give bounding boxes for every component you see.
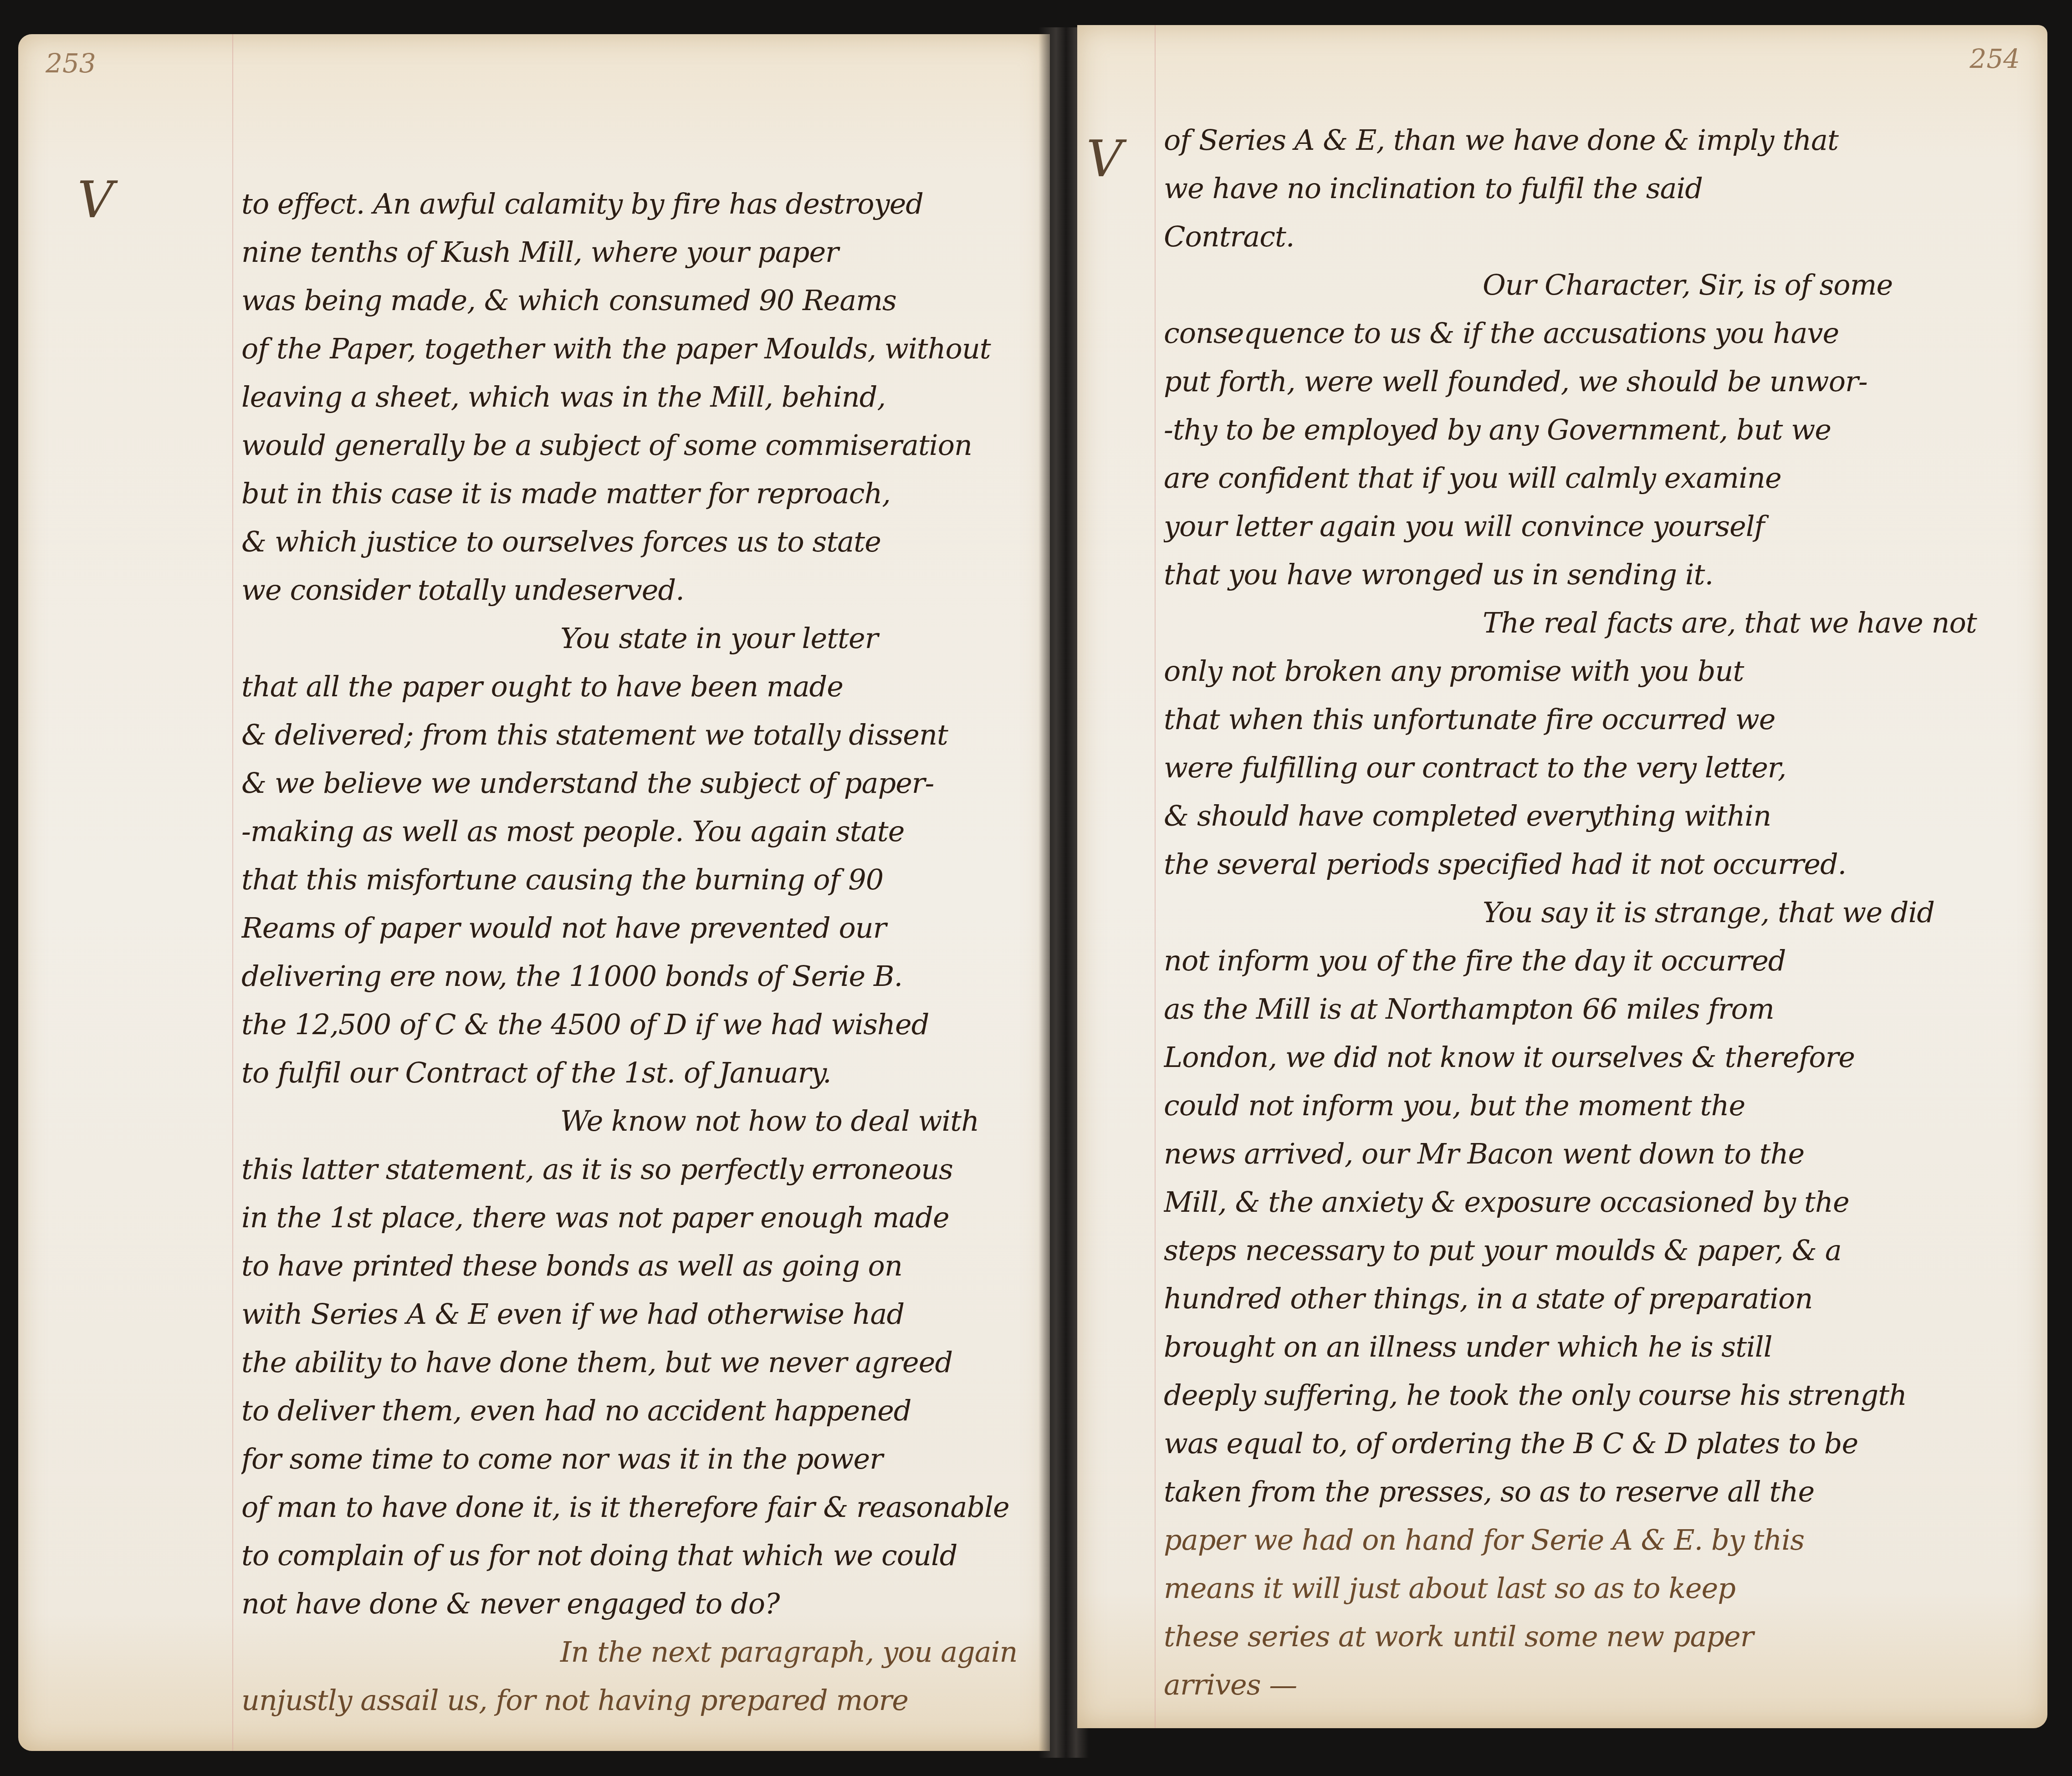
manuscript-line: & should have completed everything withi… (1164, 792, 2020, 840)
manuscript-line: but in this case it is made matter for r… (241, 470, 1034, 518)
manuscript-line: was being made, & which consumed 90 Ream… (241, 276, 1034, 325)
margin-rule (232, 34, 233, 1751)
manuscript-line: news arrived, our Mr Bacon went down to … (1164, 1130, 2020, 1178)
manuscript-line: the 12,500 of C & the 4500 of D if we ha… (241, 1000, 1034, 1049)
manuscript-line: & we believe we understand the subject o… (241, 759, 1034, 807)
manuscript-line: to deliver them, even had no accident ha… (241, 1387, 1034, 1435)
manuscript-line: we have no inclination to fulfil the sai… (1164, 164, 2020, 213)
manuscript-line: the several periods specified had it not… (1164, 840, 2020, 888)
manuscript-line: leaving a sheet, which was in the Mill, … (241, 373, 1034, 421)
margin-check-mark: V (77, 171, 113, 229)
manuscript-line: would generally be a subject of some com… (241, 421, 1034, 470)
manuscript-line: was equal to, of ordering the B C & D pl… (1164, 1419, 2020, 1468)
manuscript-line: were fulfilling our contract to the very… (1164, 744, 2020, 792)
page-number: 253 (46, 48, 96, 79)
manuscript-line: this latter statement, as it is so perfe… (241, 1145, 1034, 1194)
manuscript-line: to complain of us for not doing that whi… (241, 1531, 1034, 1580)
manuscript-line: hundred other things, in a state of prep… (1164, 1275, 2020, 1323)
manuscript-line: The real facts are, that we have not (1164, 599, 2020, 647)
manuscript-line: could not inform you, but the moment the (1164, 1082, 2020, 1130)
manuscript-line: not have done & never engaged to do? (241, 1580, 1034, 1628)
manuscript-line: -thy to be employed by any Government, b… (1164, 406, 2020, 454)
manuscript-line: delivering ere now, the 11000 bonds of S… (241, 952, 1034, 1000)
manuscript-line: Contract. (1164, 213, 2020, 261)
manuscript-line: to effect. An awful calamity by fire has… (241, 180, 1034, 228)
manuscript-line: of man to have done it, is it therefore … (241, 1483, 1034, 1531)
manuscript-line: paper we had on hand for Serie A & E. by… (1164, 1516, 2020, 1564)
margin-check-mark: V (1086, 130, 1122, 188)
open-ledger-book: 253 V to effect. An awful calamity by fi… (0, 0, 2072, 1776)
manuscript-line: in the 1st place, there was not paper en… (241, 1194, 1034, 1242)
manuscript-line: with Series A & E even if we had otherwi… (241, 1290, 1034, 1338)
manuscript-line: London, we did not know it ourselves & t… (1164, 1033, 2020, 1082)
manuscript-line: You say it is strange, that we did (1164, 888, 2020, 937)
manuscript-line: of the Paper, together with the paper Mo… (241, 325, 1034, 373)
manuscript-line: arrives — (1164, 1661, 2020, 1709)
manuscript-line: of Series A & E, than we have done & imp… (1164, 116, 2020, 164)
manuscript-line: -making as well as most people. You agai… (241, 807, 1034, 856)
right-page: 254 V of Series A & E, than we have done… (1077, 25, 2047, 1728)
manuscript-line: not inform you of the fire the day it oc… (1164, 937, 2020, 985)
manuscript-line: that this misfortune causing the burning… (241, 856, 1034, 904)
manuscript-line: put forth, were well founded, we should … (1164, 357, 2020, 406)
manuscript-line: consequence to us & if the accusations y… (1164, 309, 2020, 357)
manuscript-line: Our Character, Sir, is of some (1164, 261, 2020, 309)
manuscript-line: In the next paragraph, you again (241, 1628, 1034, 1676)
manuscript-line: are confident that if you will calmly ex… (1164, 454, 2020, 502)
page-number: 254 (1970, 43, 2020, 74)
manuscript-line: taken from the presses, so as to reserve… (1164, 1468, 2020, 1516)
manuscript-line: & delivered; from this statement we tota… (241, 711, 1034, 759)
manuscript-line: that all the paper ought to have been ma… (241, 663, 1034, 711)
manuscript-line: steps necessary to put your moulds & pap… (1164, 1226, 2020, 1275)
manuscript-line: only not broken any promise with you but (1164, 647, 2020, 695)
manuscript-line: Mill, & the anxiety & exposure occasione… (1164, 1178, 2020, 1226)
manuscript-line: as the Mill is at Northampton 66 miles f… (1164, 985, 2020, 1033)
manuscript-line: We know not how to deal with (241, 1097, 1034, 1145)
manuscript-line: to fulfil our Contract of the 1st. of Ja… (241, 1049, 1034, 1097)
left-page: 253 V to effect. An awful calamity by fi… (18, 34, 1050, 1751)
manuscript-line: for some time to come nor was it in the … (241, 1435, 1034, 1483)
manuscript-line: your letter again you will convince your… (1164, 502, 2020, 551)
handwritten-text-block: to effect. An awful calamity by fire has… (241, 180, 1034, 1725)
manuscript-line: Reams of paper would not have prevented … (241, 904, 1034, 952)
manuscript-line: that when this unfortunate fire occurred… (1164, 695, 2020, 744)
manuscript-line: unjustly assail us, for not having prepa… (241, 1676, 1034, 1725)
manuscript-line: these series at work until some new pape… (1164, 1613, 2020, 1661)
manuscript-line: means it will just about last so as to k… (1164, 1564, 2020, 1613)
manuscript-line: the ability to have done them, but we ne… (241, 1338, 1034, 1387)
manuscript-line: nine tenths of Kush Mill, where your pap… (241, 228, 1034, 276)
manuscript-line: that you have wronged us in sending it. (1164, 551, 2020, 599)
manuscript-line: You state in your letter (241, 614, 1034, 663)
manuscript-line: deeply suffering, he took the only cours… (1164, 1371, 2020, 1419)
manuscript-line: to have printed these bonds as well as g… (241, 1242, 1034, 1290)
handwritten-text-block: of Series A & E, than we have done & imp… (1164, 116, 2020, 1709)
manuscript-line: we consider totally undeserved. (241, 566, 1034, 614)
margin-rule (1155, 25, 1156, 1728)
manuscript-line: & which justice to ourselves forces us t… (241, 518, 1034, 566)
manuscript-line: brought on an illness under which he is … (1164, 1323, 2020, 1371)
